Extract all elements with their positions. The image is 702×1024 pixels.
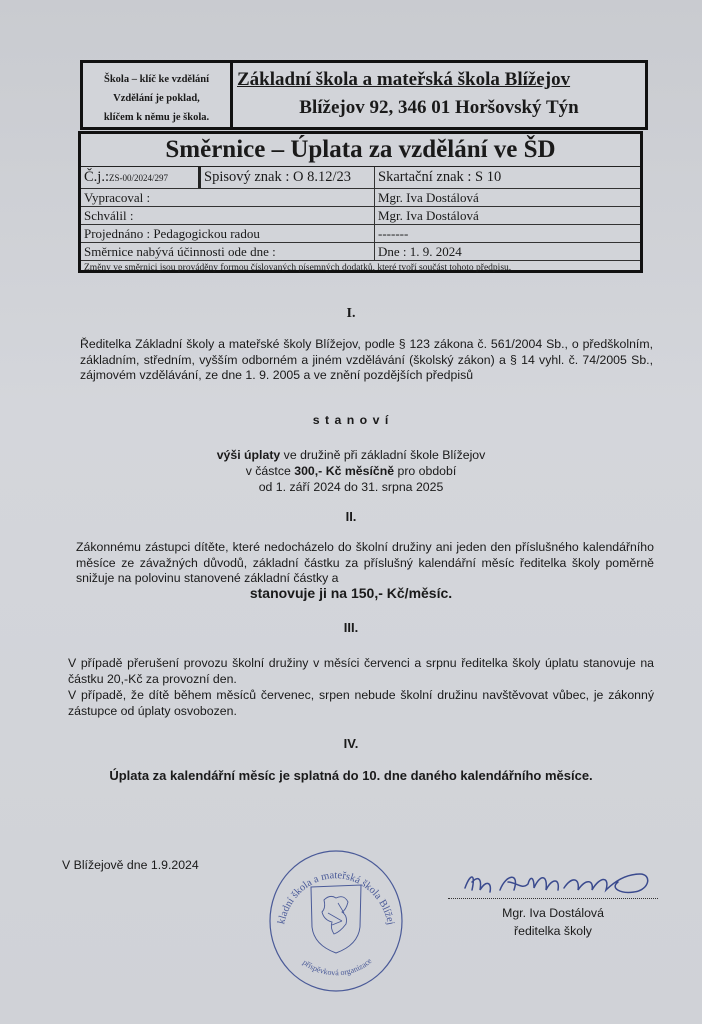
coat-of-arms-icon	[311, 885, 361, 953]
table-row: Vypracoval : Mgr. Iva Dostálová	[81, 189, 640, 207]
fee-rest: ve družině při základní škole Blížejov	[280, 448, 485, 462]
reference-number: Č.j.:ZS-00/2024/297	[81, 167, 201, 188]
school-name: Základní škola a mateřská škola Blížejov	[233, 69, 645, 91]
amount-post: pro období	[394, 464, 456, 478]
amount-bold: 300,- Kč měsíčně	[294, 464, 394, 478]
section-2-text: Zákonnému zástupci dítěte, které nedochá…	[76, 540, 654, 587]
motto-line: Škola – klíč ke vzdělání	[83, 70, 230, 89]
shredding-code: Skartační znak : S 10	[375, 167, 640, 188]
amendment-note: Změny ve směrnici jsou prováděny formou …	[81, 261, 640, 275]
row-label: Projednáno : Pedagogickou radou	[81, 225, 375, 242]
school-header: Škola – klíč ke vzdělání Vzdělání je pok…	[80, 60, 648, 130]
cj-label: Č.j.:	[84, 169, 109, 185]
fee-line: výši úplaty ve družině při základní škol…	[0, 447, 702, 463]
signatory: Mgr. Iva Dostálová ředitelka školy	[448, 904, 658, 940]
amount-line: v částce 300,- Kč měsíčně pro období	[0, 463, 702, 479]
signature-line	[448, 898, 658, 899]
table-row: Schválil : Mgr. Iva Dostálová	[81, 207, 640, 225]
stamp-top-text: Základní škola a mateřská škola Blížejov	[266, 845, 396, 926]
school-motto: Škola – klíč ke vzdělání Vzdělání je pok…	[83, 63, 233, 127]
motto-line: klíčem k němu je škola.	[83, 108, 230, 127]
motto-line: Vzdělání je poklad,	[83, 89, 230, 108]
file-code: Spisový znak : O 8.12/23	[201, 167, 375, 188]
school-info: Základní škola a mateřská škola Blížejov…	[233, 63, 645, 127]
table-row: Směrnice nabývá účinnosti ode dne : Dne …	[81, 243, 640, 261]
signatory-role: ředitelka školy	[448, 922, 658, 940]
signature-icon	[460, 868, 660, 902]
school-address: Blížejov 92, 346 01 Horšovský Týn	[233, 97, 645, 119]
fee-bold: výši úplaty	[217, 448, 281, 462]
row-value: Dne : 1. 9. 2024	[375, 243, 640, 260]
svg-text:Základní škola a mateřská škol: Základní škola a mateřská škola Blížejov	[266, 845, 396, 926]
row-label: Schválil :	[81, 207, 375, 224]
place-date: V Blížejově dne 1.9.2024	[62, 858, 199, 872]
section-heading: I.	[0, 306, 702, 322]
row-label: Vypracoval :	[81, 189, 375, 206]
row-label: Směrnice nabývá účinnosti ode dne :	[81, 243, 375, 260]
section-heading: III.	[0, 620, 702, 635]
table-row: Projednáno : Pedagogickou radou -------	[81, 225, 640, 243]
directive-table: Směrnice – Úplata za vzdělání ve ŠD Č.j.…	[78, 131, 643, 273]
amount-pre: v částce	[246, 464, 295, 478]
directive-title: Směrnice – Úplata za vzdělání ve ŠD	[81, 134, 640, 167]
svg-text:příspěvková organizace: příspěvková organizace	[301, 956, 374, 977]
section-1-text: Ředitelka Základní školy a mateřské škol…	[80, 337, 653, 384]
school-stamp: Základní škola a mateřská škola Blížejov…	[266, 845, 406, 993]
period-line: od 1. září 2024 do 31. srpna 2025	[0, 479, 702, 495]
section-heading: IV.	[0, 736, 702, 751]
section-3-text-1: V případě přerušení provozu školní druži…	[68, 656, 654, 687]
reference-row: Č.j.:ZS-00/2024/297 Spisový znak : O 8.1…	[81, 167, 640, 189]
cj-value: ZS-00/2024/297	[109, 173, 168, 183]
row-value: Mgr. Iva Dostálová	[375, 189, 640, 206]
stamp-bottom-text: příspěvková organizace	[301, 956, 374, 977]
decree-word: s t a n o v í	[0, 412, 702, 428]
signatory-name: Mgr. Iva Dostálová	[448, 904, 658, 922]
section-3-text-2: V případě, že dítě během měsíců červenec…	[68, 688, 654, 719]
row-value: Mgr. Iva Dostálová	[375, 207, 640, 224]
row-value: -------	[375, 225, 640, 242]
reduced-fee: stanovuje ji na 150,- Kč/měsíc.	[0, 585, 702, 601]
section-heading: II.	[0, 509, 702, 524]
due-date-text: Úplata za kalendářní měsíc je splatná do…	[0, 768, 702, 784]
